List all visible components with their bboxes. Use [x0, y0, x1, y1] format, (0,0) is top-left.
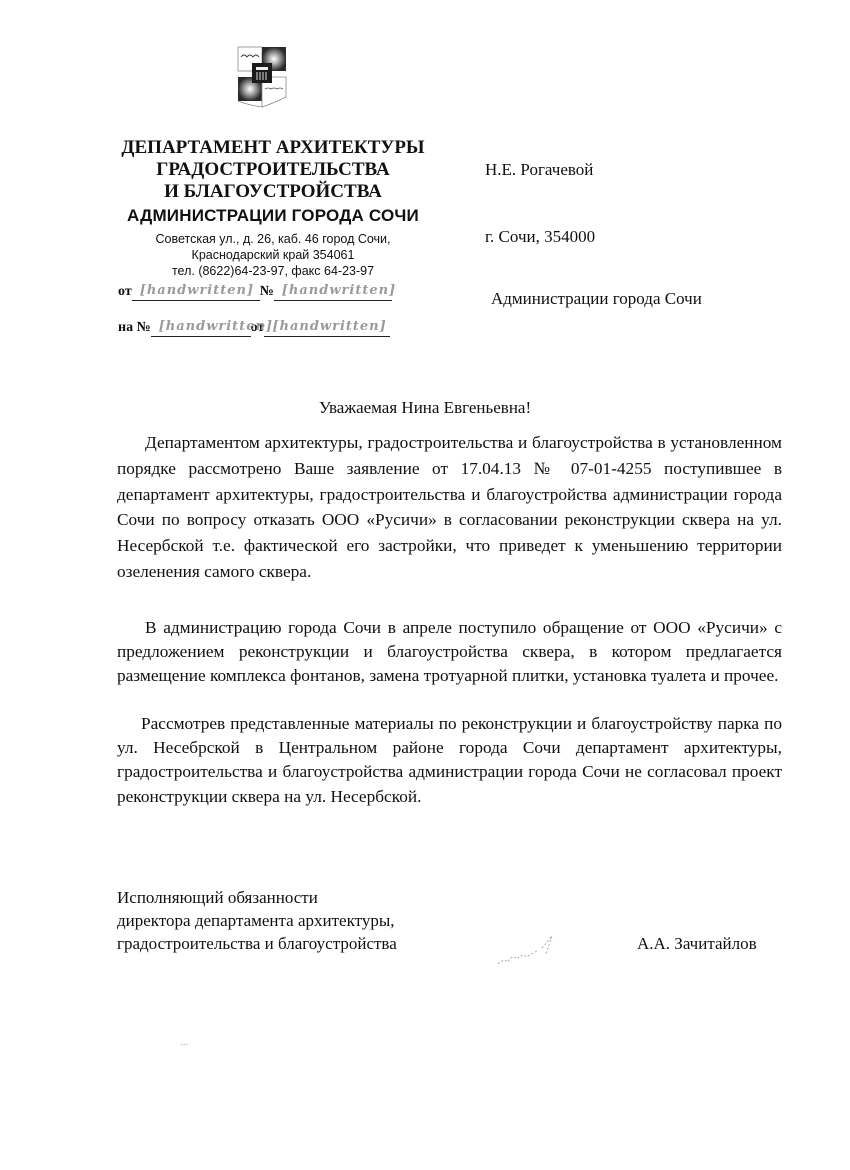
salutation: Уважаемая Нина Евгеньевна! — [0, 398, 850, 418]
recipient-organization: Администрации города Сочи — [491, 289, 702, 309]
signatory-title-line-3: градостроительства и благоустройства — [117, 932, 397, 955]
in-number-value: [handwritten] — [159, 318, 273, 336]
out-date-value: [handwritten] — [140, 282, 254, 300]
incoming-registration: на №[handwritten]от[handwritten] — [118, 319, 390, 337]
body-paragraph: Департаментом архитектуры, градостроител… — [117, 430, 782, 585]
scan-artifact-marks: ... — [180, 1037, 188, 1048]
letterhead-address: Советская ул., д. 26, каб. 46 город Сочи… — [112, 231, 434, 247]
outgoing-registration: от[handwritten]№[handwritten] — [118, 283, 392, 301]
letterhead-region: Краснодарский край 354061 — [112, 247, 434, 263]
out-number-field: [handwritten] — [274, 285, 392, 301]
in-number-field: [handwritten] — [151, 321, 251, 337]
signatory-title-line-1: Исполняющий обязанности — [117, 886, 318, 909]
in-number-label: на № — [118, 320, 151, 335]
signature-scribble-icon — [490, 930, 580, 972]
in-date-value: [handwritten] — [272, 318, 386, 336]
body-paragraph: Рассмотрев представленные материалы по р… — [117, 712, 782, 809]
out-date-field: [handwritten] — [132, 285, 260, 301]
body-paragraph: В администрацию города Сочи в апреле пос… — [117, 616, 782, 689]
in-date-field: [handwritten] — [264, 321, 390, 337]
letterhead-administration: АДМИНИСТРАЦИИ ГОРОДА СОЧИ — [112, 206, 434, 226]
signatory-title-line-2: директора департамента архитектуры, — [117, 909, 395, 932]
out-number-label: № — [260, 284, 274, 299]
emblem-icon — [236, 45, 288, 109]
letterhead-department-title: ДЕПАРТАМЕНТ АРХИТЕКТУРЫ — [112, 137, 434, 159]
letterhead-department-title-3: И БЛАГОУСТРОЙСТВА — [112, 181, 434, 203]
signatory-name: А.А. Зачитайлов — [637, 932, 757, 955]
coat-of-arms-emblem — [236, 45, 288, 109]
handwritten-signature — [490, 930, 580, 972]
letterhead-phone: тел. (8622)64-23-97, факс 64-23-97 — [112, 263, 434, 279]
out-date-label: от — [118, 284, 132, 299]
recipient-name: Н.Е. Рогачевой — [485, 160, 593, 180]
letterhead-department-title-2: ГРАДОСТРОИТЕЛЬСТВА — [112, 159, 434, 181]
recipient-city: г. Сочи, 354000 — [485, 227, 595, 247]
out-number-value: [handwritten] — [282, 282, 396, 300]
